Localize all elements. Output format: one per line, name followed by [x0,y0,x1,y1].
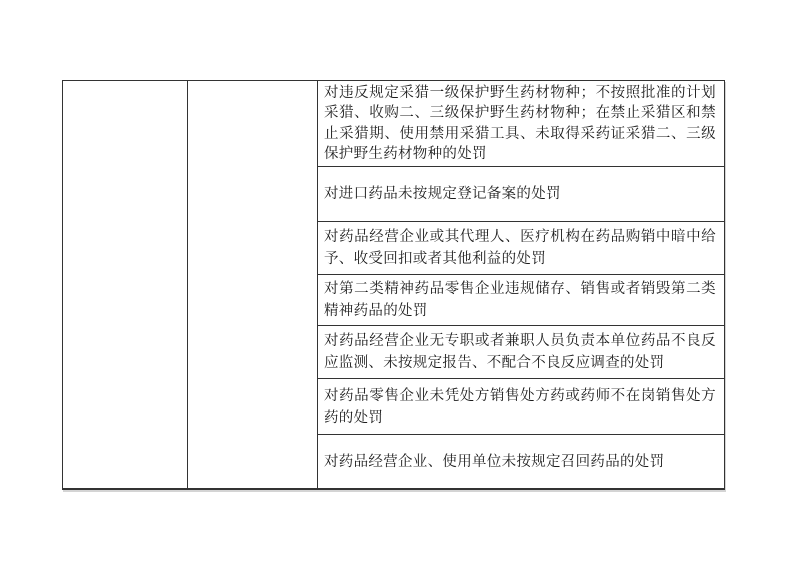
table-cell: 对药品零售企业未凭处方销售处方药或药师不在岗销售处方药的处罚 [318,379,724,436]
cell-text: 对药品经营企业无专职或者兼职人员负责本单位药品不良反应监测、未按规定报告、不配合… [324,330,716,374]
table-empty-column-1 [63,81,188,488]
cell-text: 对药品零售企业未凭处方销售处方药或药师不在岗销售处方药的处罚 [324,385,716,429]
table-cell: 对药品经营企业、使用单位未按规定召回药品的处罚 [318,435,724,488]
penalty-table: 对违反规定采猎一级保护野生药材物种；不按照批准的计划采猎、收购二、三级保护野生药… [62,80,725,490]
table-cell: 对药品经营企业无专职或者兼职人员负责本单位药品不良反应监测、未按规定报告、不配合… [318,326,724,379]
cell-text: 对药品经营企业或其代理人、医疗机构在药品购销中暗中给予、收受回扣或者其他利益的处… [324,226,716,270]
table-cell: 对药品经营企业或其代理人、医疗机构在药品购销中暗中给予、收受回扣或者其他利益的处… [318,222,724,275]
table-empty-column-2 [188,81,318,488]
document-page: 对违反规定采猎一级保护野生药材物种；不按照批准的计划采猎、收购二、三级保护野生药… [0,0,800,566]
table-cell: 对进口药品未按规定登记备案的处罚 [318,167,724,222]
cell-text: 对违反规定采猎一级保护野生药材物种；不按照批准的计划采猎、收购二、三级保护野生药… [324,83,716,165]
table-cell: 对违反规定采猎一级保护野生药材物种；不按照批准的计划采猎、收购二、三级保护野生药… [318,81,724,167]
cell-text: 对进口药品未按规定登记备案的处罚 [324,183,716,205]
table-cell: 对第二类精神药品零售企业违规储存、销售或者销毁第二类精神药品的处罚 [318,275,724,327]
table-content-column: 对违反规定采猎一级保护野生药材物种；不按照批准的计划采猎、收购二、三级保护野生药… [318,81,724,488]
cell-text: 对第二类精神药品零售企业违规储存、销售或者销毁第二类精神药品的处罚 [324,278,716,322]
cell-text: 对药品经营企业、使用单位未按规定召回药品的处罚 [324,451,716,473]
